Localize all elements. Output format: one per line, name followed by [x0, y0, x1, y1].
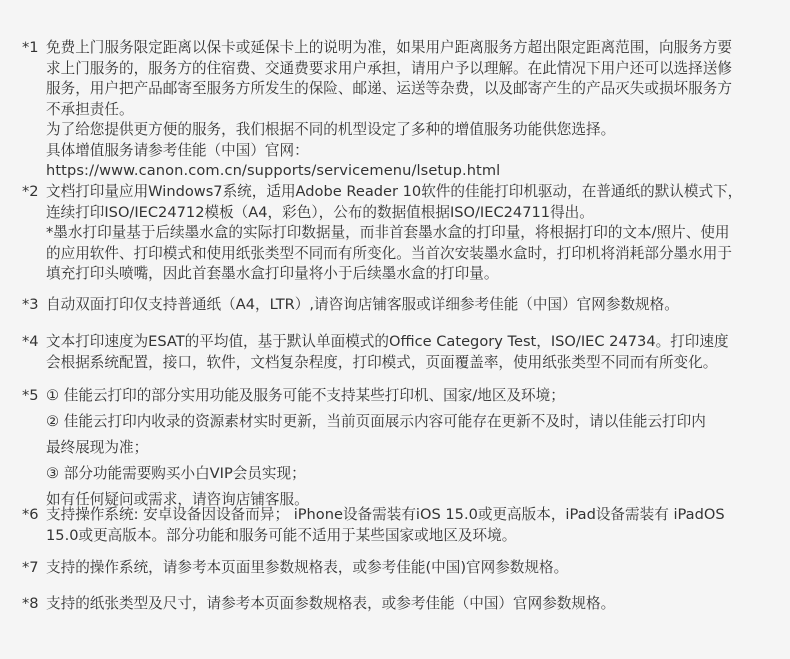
text-line: ③ 部分功能需要购买小白VIP会员实现； — [46, 461, 772, 487]
text-line: 服务，用户把产品邮寄至服务方所发生的保险、邮递、运送等杂费，以及邮寄产生的产品灭… — [46, 79, 772, 100]
text-line: 求上门服务的，服务方的住宿费、交通费要求用户承担，请用户予以理解。在此情况下用户… — [46, 59, 772, 80]
footnote-text: 支持操作系统: 安卓设备因设备而异； iPhone设备需装有iOS 15.0或更… — [46, 505, 772, 546]
footnote-text: 文本打印速度为ESAT的平均值，基于默认单面模式的Office Category… — [46, 332, 772, 373]
text-line: 不承担责任。 — [46, 100, 772, 121]
footnote-text: 免费上门服务限定距离以保卡或延保卡上的说明为准，如果用户距离服务方超出限定距离范… — [46, 38, 772, 182]
text-line: 自动双面打印仅支持普通纸（A4，LTR）,请咨询店铺客服或详细参考佳能（中国）官… — [46, 295, 772, 316]
footnote-marker: *8 — [22, 594, 46, 615]
footnote-text: 支持的纸张类型及尺寸，请参考本页面参数规格表，或参考佳能（中国）官网参数规格。 — [46, 594, 772, 615]
text-line: 文本打印速度为ESAT的平均值，基于默认单面模式的Office Category… — [46, 332, 772, 353]
text-line: 最终展现为准； — [46, 435, 772, 461]
service-url-link[interactable]: https://www.canon.com.cn/supports/servic… — [46, 161, 772, 182]
text-line: *墨水打印量基于后续墨水盒的实际打印数据量，而非首套墨水盒的打印量，将根据打印的… — [46, 223, 772, 244]
text-line: 文档打印量应用Windows7系统，适用Adobe Reader 10软件的佳能… — [46, 182, 772, 203]
footnote-marker: *3 — [22, 295, 46, 316]
text-line: 连续打印ISO/IEC24712模板（A4，彩色），公布的数据值根据ISO/IE… — [46, 203, 772, 224]
text-line: 支持的操作系统，请参考本页面里参数规格表，或参考佳能(中国)官网参数规格。 — [46, 558, 772, 579]
text-line: 支持的纸张类型及尺寸，请参考本页面参数规格表，或参考佳能（中国）官网参数规格。 — [46, 594, 772, 615]
footnote-text: 文档打印量应用Windows7系统，适用Adobe Reader 10软件的佳能… — [46, 182, 772, 285]
text-line: 填充打印头喷嘴，因此首套墨水盒打印量将小于后续墨水盒的打印量。 — [46, 264, 772, 285]
text-line: ① 佳能云打印的部分实用功能及服务可能不支持某些打印机、国家/地区及环境； — [46, 383, 772, 409]
text-line: 15.0或更高版本。部分功能和服务可能不适用于某些国家或地区及环境。 — [46, 526, 772, 547]
footnote-6: *6 支持操作系统: 安卓设备因设备而异； iPhone设备需装有iOS 15.… — [22, 505, 772, 546]
footnote-marker: *1 — [22, 38, 46, 182]
footnote-8: *8 支持的纸张类型及尺寸，请参考本页面参数规格表，或参考佳能（中国）官网参数规… — [22, 594, 772, 615]
text-line: ② 佳能云打印内收录的资源素材实时更新，当前页面展示内容可能存在更新不及时，请以… — [46, 409, 772, 435]
footnote-marker: *4 — [22, 332, 46, 373]
text-line: 具体增值服务请参考佳能（中国）官网： — [46, 141, 772, 162]
footnote-1: *1 免费上门服务限定距离以保卡或延保卡上的说明为准，如果用户距离服务方超出限定… — [22, 38, 772, 182]
footnote-text: ① 佳能云打印的部分实用功能及服务可能不支持某些打印机、国家/地区及环境； ② … — [46, 383, 772, 513]
footnote-text: 支持的操作系统，请参考本页面里参数规格表，或参考佳能(中国)官网参数规格。 — [46, 558, 772, 579]
text-line: 免费上门服务限定距离以保卡或延保卡上的说明为准，如果用户距离服务方超出限定距离范… — [46, 38, 772, 59]
text-line: 为了给您提供更方便的服务，我们根据不同的机型设定了多种的增值服务功能供您选择。 — [46, 120, 772, 141]
text-line: 的应用软件、打印模式和使用纸张类型不同而有所变化。当首次安装墨水盒时，打印机将消… — [46, 244, 772, 265]
text-line: 支持操作系统: 安卓设备因设备而异； iPhone设备需装有iOS 15.0或更… — [46, 505, 772, 526]
footnote-text: 自动双面打印仅支持普通纸（A4，LTR）,请咨询店铺客服或详细参考佳能（中国）官… — [46, 295, 772, 316]
footnote-marker: *2 — [22, 182, 46, 285]
footnote-2: *2 文档打印量应用Windows7系统，适用Adobe Reader 10软件… — [22, 182, 772, 285]
footnote-7: *7 支持的操作系统，请参考本页面里参数规格表，或参考佳能(中国)官网参数规格。 — [22, 558, 772, 579]
text-line: 会根据系统配置，接口，软件，文档复杂程度，打印模式，页面覆盖率，使用纸张类型不同… — [46, 353, 772, 374]
footnote-marker: *6 — [22, 505, 46, 546]
footnote-marker: *5 — [22, 383, 46, 513]
footnote-5: *5 ① 佳能云打印的部分实用功能及服务可能不支持某些打印机、国家/地区及环境；… — [22, 383, 772, 513]
footnote-4: *4 文本打印速度为ESAT的平均值，基于默认单面模式的Office Categ… — [22, 332, 772, 373]
footnote-3: *3 自动双面打印仅支持普通纸（A4，LTR）,请咨询店铺客服或详细参考佳能（中… — [22, 295, 772, 316]
footnote-marker: *7 — [22, 558, 46, 579]
